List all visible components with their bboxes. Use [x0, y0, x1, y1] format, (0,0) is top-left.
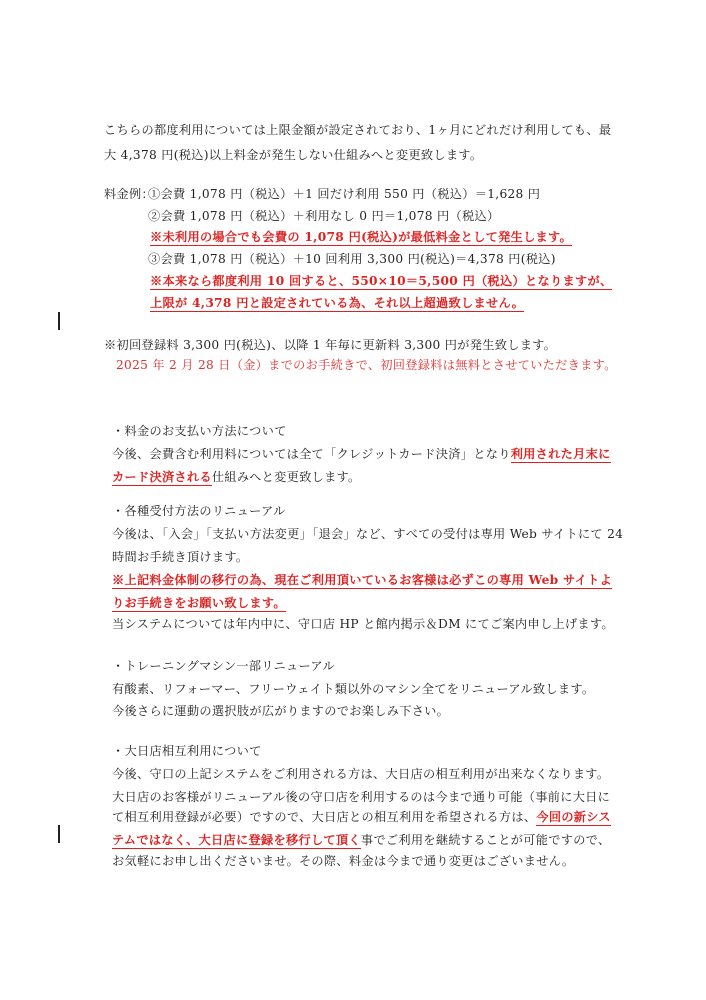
- price-example-3-note-2: 上限が 4,378 円と設定されている為、それ以上超過致しません。: [150, 296, 524, 312]
- price-example-1: ①会費 1,078 円（税込）＋1 回だけ利用 550 円（税込）＝1,628 …: [148, 186, 540, 202]
- machines-line-1: 有酸素、リフォーマー、フリーウェイト類以外のマシン全てをリニューアル致します。: [112, 681, 594, 697]
- mutual-line-2: 大日店のお客様がリニューアル後の守口店を利用するのは今まで通り可能（事前に大日に: [112, 789, 610, 805]
- price-example-2-note: ※未利用の場合でも会費の 1,078 円(税込)が最低料金として発生します。: [150, 230, 572, 246]
- price-example-2: ②会費 1,078 円（税込）＋利用なし 0 円＝1,078 円（税込）: [148, 208, 499, 224]
- section-heading-machines: ・トレーニングマシン一部リニューアル: [112, 658, 335, 674]
- reception-line-1: 今後は、「入会」「支払い方法変更」「退会」など、すべての受付は専用 Web サイ…: [112, 526, 623, 542]
- reception-note-1: ※上記料金体制の移行の為、現在ご利用頂いているお客様は必ずこの専用 Web サイ…: [112, 573, 612, 589]
- intro-line-1: こちらの都度利用については上限金額が設定されており、1ヶ月にどれだけ利用しても、…: [104, 122, 611, 138]
- mutual-line-4-highlight: テムではなく、大日店に登録を移行して頂く: [112, 833, 361, 849]
- section-heading-payment: ・料金のお支払い方法について: [112, 423, 287, 439]
- mutual-line-5: お気軽にお申し出くださいませ。その際、料金は今まで通り変更はございません。: [112, 853, 574, 869]
- change-bar-marker: [58, 312, 60, 330]
- mutual-line-3-highlight: 今回の新シス: [536, 810, 611, 826]
- section-heading-reception: ・各種受付方法のリニューアル: [112, 503, 285, 519]
- price-example-3: ③会費 1,078 円（税込）＋10 回利用 3,300 円(税込)＝4,378…: [148, 251, 556, 267]
- payment-line-2-highlight: カード決済される: [112, 470, 212, 486]
- registration-campaign: 2025 年 2 月 28 日（金）までのお手続きで、初回登録料は無料とさせてい…: [116, 357, 617, 373]
- document-page: こちらの都度利用については上限金額が設定されており、1ヶ月にどれだけ利用しても、…: [0, 0, 706, 1000]
- change-bar-marker-2: [58, 825, 60, 843]
- reception-note-2: りお手続きをお願い致します。: [112, 596, 286, 612]
- price-example-3-note-1: ※本来なら都度利用 10 回すると、550×10＝5,500 円（税込）となりま…: [150, 274, 612, 290]
- reception-line-2: 時間お手続き頂けます。: [112, 549, 248, 565]
- payment-line-2-text: 仕組みへと変更致します。: [212, 470, 361, 484]
- payment-line-1-text: 今後、会費含む利用料については全て「クレジットカード決済」となり: [112, 447, 511, 461]
- intro-line-2: 大 4,378 円(税込)以上料金が発生しない仕組みへと変更致します。: [104, 147, 482, 163]
- mutual-line-4-text: 事でご利用を継続することが可能ですので、: [361, 833, 611, 847]
- mutual-line-3-text: て相互利用登録が必要）ですので、大日店との相互利用を希望される方は、: [112, 810, 536, 824]
- section-heading-mutual: ・大日店相互利用について: [112, 743, 262, 759]
- reception-line-3: 当システムについては年内中に、守口店 HP と館内掲示＆DM にてご案内申し上げ…: [112, 616, 614, 632]
- registration-fee-note: ※初回登録料 3,300 円(税込)、以降 1 年毎に更新料 3,300 円が発…: [104, 337, 556, 353]
- mutual-line-1: 今後、守口の上記システムをご利用される方は、大日店の相互利用が出来なくなります。: [112, 766, 609, 782]
- price-example-label: 料金例：: [104, 186, 154, 202]
- payment-line-1-highlight: 利用された月末に: [511, 447, 611, 463]
- machines-line-2: 今後さらに運動の選択肢が広がりますのでお楽しみ下さい。: [112, 703, 449, 719]
